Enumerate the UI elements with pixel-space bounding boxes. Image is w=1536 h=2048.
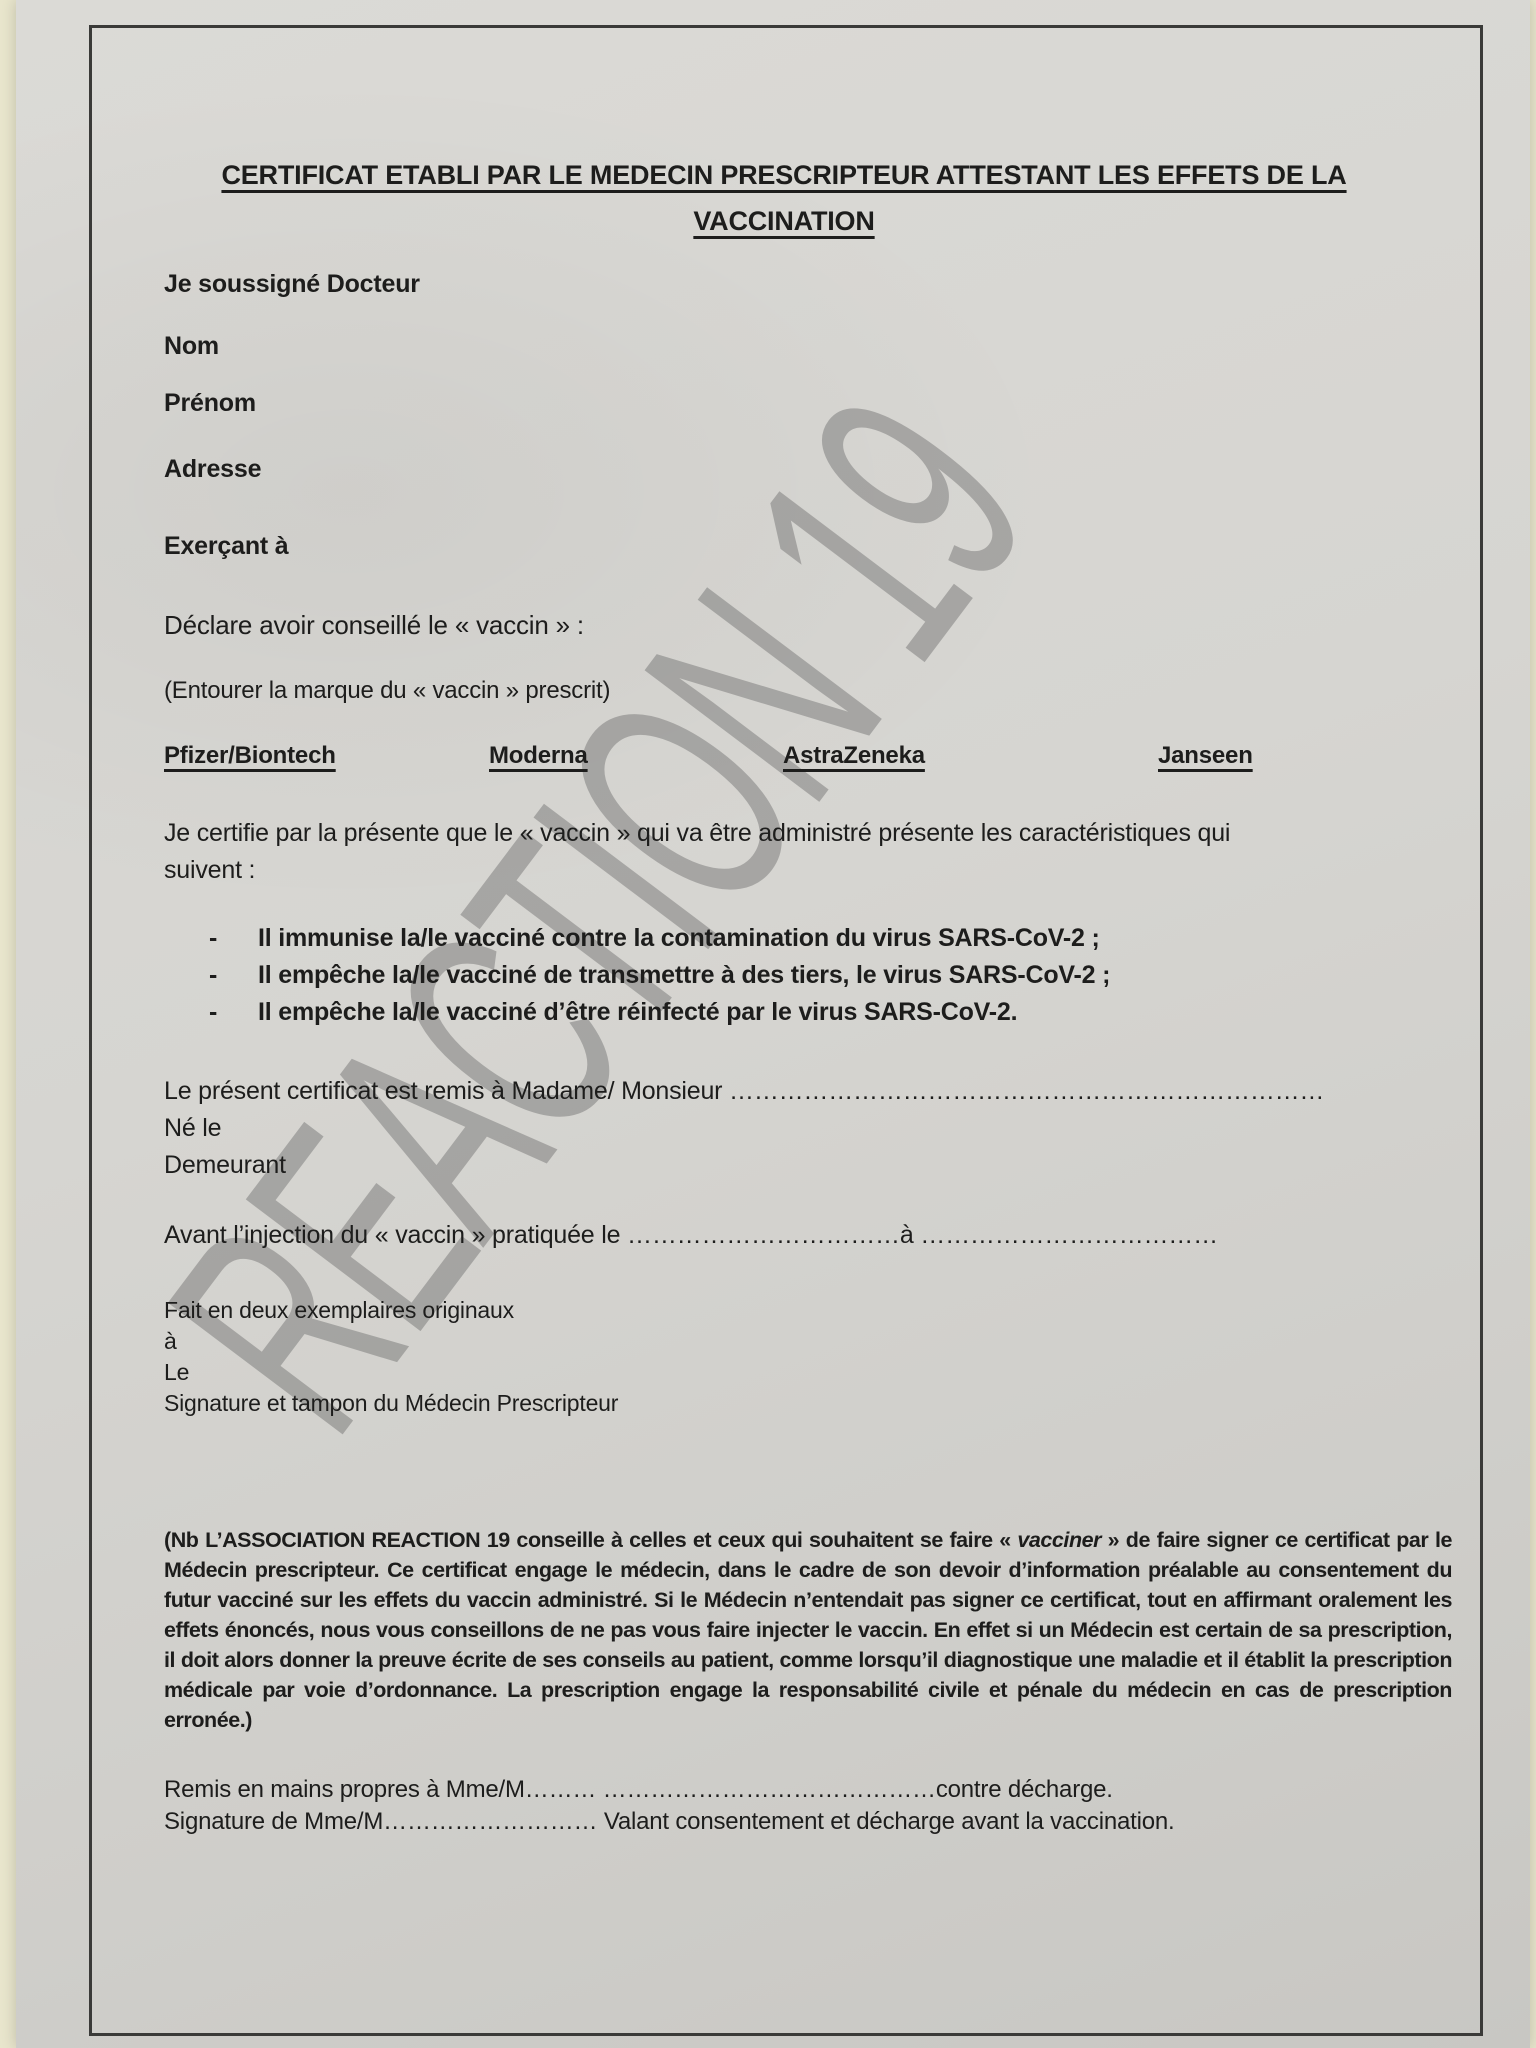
signature-mme-line: Signature de Mme/M……………………… Valant conse… xyxy=(164,1808,1175,1836)
avant-injection-line: Avant l’injection du « vaccin » pratiqué… xyxy=(164,1221,1218,1250)
note-italic-word: vacciner xyxy=(1017,1528,1101,1552)
certificate-title: CERTIFICAT ETABLI PAR LE MEDECIN PRESCRI… xyxy=(106,152,1462,244)
note-part2: » de faire signer ce certificat par le M… xyxy=(164,1528,1452,1732)
a-line: à xyxy=(164,1326,618,1357)
certificate-title-line1: CERTIFICAT ETABLI PAR LE MEDECIN PRESCRI… xyxy=(106,152,1462,198)
certify-line2: suivent : xyxy=(164,852,1230,889)
field-nom: Nom xyxy=(164,332,219,361)
list-item-text: Il empêche la/le vacciné de transmettre … xyxy=(258,961,1110,989)
certify-line1: Je certifie par la présente que le « vac… xyxy=(164,815,1230,852)
list-dash: - xyxy=(209,957,217,994)
brand-pfizer-biontech: Pfizer/Biontech xyxy=(164,742,336,770)
paper-sheet: REACTION 19 CERTIFICAT ETABLI PAR LE MED… xyxy=(16,0,1530,2048)
list-item-text: Il empêche la/le vacciné d’être réinfect… xyxy=(258,998,1017,1026)
field-exercant: Exerçant à xyxy=(164,532,288,561)
field-adresse: Adresse xyxy=(164,455,261,484)
brand-moderna: Moderna xyxy=(489,742,588,770)
demeurant-line: Demeurant xyxy=(164,1147,1324,1184)
brand-janseen: Janseen xyxy=(1158,742,1253,770)
tampon-line: Signature et tampon du Médecin Prescript… xyxy=(164,1388,618,1419)
field-prenom: Prénom xyxy=(164,389,256,418)
list-item: - Il empêche la/le vacciné d’être réinfe… xyxy=(164,994,1454,1031)
list-item-text: Il immunise la/le vacciné contre la cont… xyxy=(258,924,1100,952)
list-item: - Il immunise la/le vacciné contre la co… xyxy=(164,920,1454,957)
declare-line: Déclare avoir conseillé le « vaccin » : xyxy=(164,610,584,641)
field-je-soussigne: Je soussigné Docteur xyxy=(164,270,420,299)
vaccine-effects-list: - Il immunise la/le vacciné contre la co… xyxy=(164,920,1454,1031)
note-part1: (Nb L’ASSOCIATION REACTION 19 conseille … xyxy=(164,1528,1017,1552)
remis-mains-line: Remis en mains propres à Mme/M……… ………………… xyxy=(164,1776,1113,1804)
association-note: (Nb L’ASSOCIATION REACTION 19 conseille … xyxy=(164,1525,1452,1735)
certificate-title-line2: VACCINATION xyxy=(106,198,1462,244)
brand-astrazeneka: AstraZeneka xyxy=(783,742,925,770)
recipient-block: Le présent certificat est remis à Madame… xyxy=(164,1073,1324,1184)
fait-line: Fait en deux exemplaires originaux xyxy=(164,1295,618,1326)
le-line: Le xyxy=(164,1357,618,1388)
circle-instruction: (Entourer la marque du « vaccin » prescr… xyxy=(164,677,610,705)
signature-block: Fait en deux exemplaires originaux à Le … xyxy=(164,1295,618,1419)
photographed-certificate: REACTION 19 CERTIFICAT ETABLI PAR LE MED… xyxy=(0,0,1536,2048)
certify-paragraph: Je certifie par la présente que le « vac… xyxy=(164,815,1230,889)
ne-le-line: Né le xyxy=(164,1110,1324,1147)
list-item: - Il empêche la/le vacciné de transmettr… xyxy=(164,957,1454,994)
list-dash: - xyxy=(209,994,217,1031)
remis-line: Le présent certificat est remis à Madame… xyxy=(164,1073,1324,1110)
list-dash: - xyxy=(209,920,217,957)
